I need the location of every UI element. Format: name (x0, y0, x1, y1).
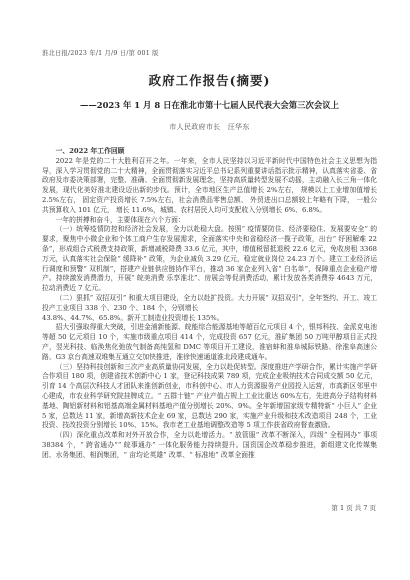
body-paragraph: 43.8%、44.7%、65.8%。新开工制造业投资增长 135%。 (42, 314, 377, 324)
body-paragraph: 2022 年是党的二十大胜利召开之年。一年来，全市人民坚持以习近平新时代中国特色… (42, 157, 377, 216)
body-paragraph: （一）统筹疫情防控和经济社会发展，全力以赴稳大盘。按照“ 疫情要防住、经济要稳住… (42, 225, 377, 294)
page-title: 政府工作报告(摘要) (42, 71, 377, 89)
body-paragraph: 一、2022 年工作回顾 (42, 147, 377, 157)
body-paragraph: 一年的拼搏和奋斗，主要体现在六个方面： (42, 216, 377, 226)
body-paragraph: （二）狠抓“ 双招双引” 和重大项目建设，全力以赴扩投资。大力开展“ 双招双引”… (42, 294, 377, 314)
page-number: 第 1 页 共 7 页 (331, 503, 376, 512)
masthead: 淮北日报/2023 年/1 月/9 日/第 001 版 (42, 48, 377, 57)
body-paragraph: 招大引强取得重大突破，引进金浦新能源、皖能综合能源基地等超百亿元项目 4 个，银… (42, 323, 377, 362)
body-paragraph: （三）坚持科技创新和三次产业高质量协同发展，全力以赴促转型。深度推进产学研合作，… (42, 363, 377, 432)
report-body: 一、2022 年工作回顾2022 年是党的二十大胜利召开之年。一年来，全市人民坚… (42, 147, 377, 461)
document-page: 淮北日报/2023 年/1 月/9 日/第 001 版 政府工作报告(摘要) —… (0, 0, 410, 580)
body-paragraph: （四）深化重点改革和对外开放合作，全力以赴增活力。“ 放管服” 改革不断深入，四… (42, 431, 377, 460)
subtitle: ——2023 年 1 月 8 日在淮北市第十七届人民代表大会第三次会议上 (42, 99, 377, 111)
byline: 市人民政府市长 汪华东 (42, 122, 377, 132)
